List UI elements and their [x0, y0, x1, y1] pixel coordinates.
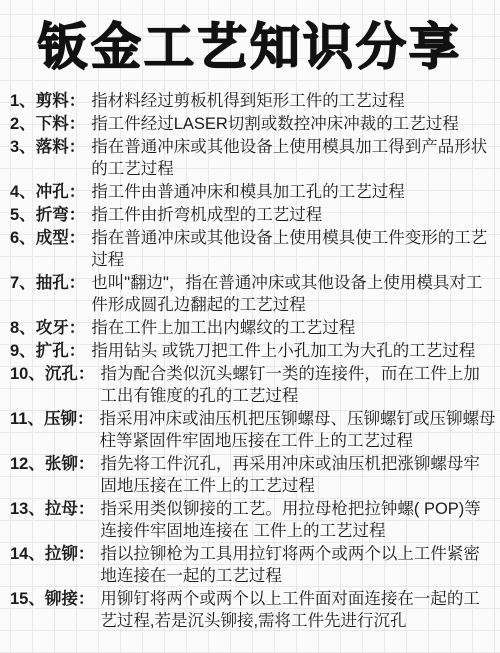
list-item: 4、冲孔： 指工件由普通冲床和模具加工孔的工艺过程	[10, 181, 496, 203]
item-number: 1、	[10, 92, 36, 110]
item-label: 7、抽孔：	[10, 272, 85, 294]
item-number: 8、	[10, 319, 36, 337]
item-term: 剪料：	[36, 92, 86, 110]
item-number: 5、	[10, 206, 36, 224]
item-definition: 指为配合类似沉头螺钉一类的连接件，而在工件上加工出有锥度的孔的工艺过程	[100, 363, 496, 407]
item-label: 6、成型：	[10, 227, 85, 249]
list-item: 8、攻牙： 指在工件上加工出内螺纹的工艺过程	[10, 317, 496, 339]
item-label: 3、落料：	[10, 136, 85, 158]
item-definition: 指采用冲床或油压机把压铆螺母、压铆螺钉或压铆螺母柱等紧固件牢固地压接在工件上的工…	[99, 408, 496, 452]
item-term: 攻牙：	[36, 319, 86, 337]
item-term: 压铆：	[44, 410, 94, 428]
item-definition: 指用钻头 或铣刀把工件上小孔加工为大孔的工艺过程	[91, 340, 496, 362]
item-number: 4、	[10, 183, 36, 201]
item-term: 拉铆：	[45, 545, 95, 563]
list-item: 15、铆接： 用铆钉将两个或两个以上工件面对面连接在一起的工艺过程,若是沉头铆接…	[10, 588, 496, 632]
item-definition: 指工件由普通冲床和模具加工孔的工艺过程	[91, 181, 496, 203]
item-number: 2、	[10, 115, 36, 133]
list-item: 13、拉母： 指采用类似铆接的工艺。用拉母枪把拉钟螺( POP)等连接件牢固地连…	[10, 498, 496, 542]
item-term: 扩孔：	[36, 342, 86, 360]
item-label: 9、扩孔：	[10, 340, 85, 362]
item-label: 1、剪料：	[10, 90, 85, 112]
list-item: 6、成型： 指在普通冲床或其他设备上使用模具使工件变形的工艺过程	[10, 227, 496, 271]
item-number: 10、	[10, 365, 45, 383]
list-item: 14、拉铆： 指以拉铆枪为工具用拉钉将两个或两个以上工件紧密地连接在一起的工艺过…	[10, 543, 496, 587]
item-number: 12、	[10, 455, 45, 473]
list-item: 9、扩孔： 指用钻头 或铣刀把工件上小孔加工为大孔的工艺过程	[10, 340, 496, 362]
item-definition: 指采用类似铆接的工艺。用拉母枪把拉钟螺( POP)等连接件牢固地连接在 工件上的…	[100, 498, 496, 542]
item-label: 10、沉孔：	[10, 363, 94, 385]
item-number: 14、	[10, 545, 45, 563]
list-item: 11、压铆： 指采用冲床或油压机把压铆螺母、压铆螺钉或压铆螺母柱等紧固件牢固地压…	[10, 408, 496, 452]
item-term: 抽孔：	[36, 274, 86, 292]
item-label: 14、拉铆：	[10, 543, 94, 565]
item-number: 6、	[10, 229, 36, 247]
item-number: 13、	[10, 500, 45, 518]
item-label: 5、折弯：	[10, 204, 85, 226]
item-term: 冲孔：	[36, 183, 86, 201]
item-term: 成型：	[36, 229, 86, 247]
list-item: 2、下料： 指工件经过LASER切割或数控冲床冲裁的工艺过程	[10, 113, 496, 135]
item-term: 铆接：	[45, 590, 95, 608]
item-definition: 指在普通冲床或其他设备上使用模具加工得到产品形状的工艺过程	[91, 136, 496, 180]
item-number: 7、	[10, 274, 36, 292]
item-definition: 指工件由折弯机成型的工艺过程	[91, 204, 496, 226]
item-label: 4、冲孔：	[10, 181, 85, 203]
item-number: 3、	[10, 138, 36, 156]
item-label: 13、拉母：	[10, 498, 94, 520]
item-definition: 指材料经过剪板机得到矩形工件的工艺过程	[91, 90, 496, 112]
list-item: 5、折弯： 指工件由折弯机成型的工艺过程	[10, 204, 496, 226]
item-definition: 指工件经过LASER切割或数控冲床冲裁的工艺过程	[91, 113, 496, 135]
item-term: 拉母：	[45, 500, 95, 518]
item-label: 2、下料：	[10, 113, 85, 135]
item-label: 12、张铆：	[10, 453, 94, 475]
item-definition: 也叫"翻边"，指在普通冲床或其他设备上使用模具对工件形成圆孔边翻起的工艺过程	[91, 272, 496, 316]
item-definition: 指先将工件沉孔，再采用冲床或油压机把涨铆螺母牢固地压接在工件上的工艺过程	[100, 453, 496, 497]
item-term: 落料：	[36, 138, 86, 156]
item-number: 9、	[10, 342, 36, 360]
item-label: 11、压铆：	[10, 408, 93, 430]
list-item: 1、剪料： 指材料经过剪板机得到矩形工件的工艺过程	[10, 90, 496, 112]
sheet-metal-knowledge-page: 钣金工艺知识分享 1、剪料： 指材料经过剪板机得到矩形工件的工艺过程 2、下料：…	[0, 0, 500, 653]
item-label: 8、攻牙：	[10, 317, 85, 339]
item-term: 沉孔：	[45, 365, 95, 383]
list-item: 12、张铆： 指先将工件沉孔，再采用冲床或油压机把涨铆螺母牢固地压接在工件上的工…	[10, 453, 496, 497]
item-definition: 用铆钉将两个或两个以上工件面对面连接在一起的工艺过程,若是沉头铆接,需将工件先进…	[100, 588, 496, 632]
item-definition: 指在工件上加工出内螺纹的工艺过程	[91, 317, 496, 339]
page-title: 钣金工艺知识分享	[0, 16, 500, 78]
item-term: 张铆：	[45, 455, 95, 473]
item-number: 11、	[10, 410, 44, 428]
item-label: 15、铆接：	[10, 588, 94, 610]
item-definition: 指在普通冲床或其他设备上使用模具使工件变形的工艺过程	[91, 227, 496, 271]
item-term: 下料：	[36, 115, 86, 133]
list-item: 3、落料： 指在普通冲床或其他设备上使用模具加工得到产品形状的工艺过程	[10, 136, 496, 180]
item-definition: 指以拉铆枪为工具用拉钉将两个或两个以上工件紧密地连接在一起的工艺过程	[100, 543, 496, 587]
process-list: 1、剪料： 指材料经过剪板机得到矩形工件的工艺过程 2、下料： 指工件经过LAS…	[0, 78, 500, 632]
item-number: 15、	[10, 590, 45, 608]
list-item: 10、沉孔： 指为配合类似沉头螺钉一类的连接件，而在工件上加工出有锥度的孔的工艺…	[10, 363, 496, 407]
item-term: 折弯：	[36, 206, 86, 224]
list-item: 7、抽孔： 也叫"翻边"，指在普通冲床或其他设备上使用模具对工件形成圆孔边翻起的…	[10, 272, 496, 316]
